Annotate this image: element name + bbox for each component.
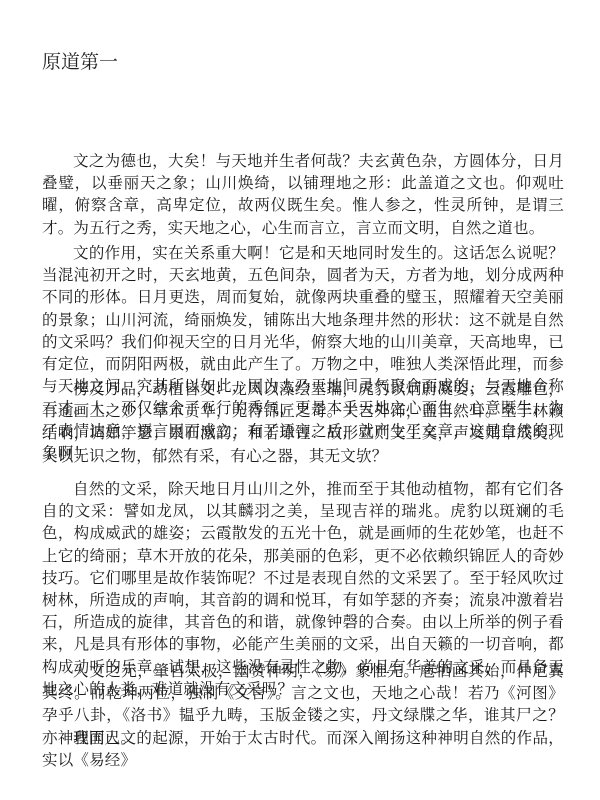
paragraph-original-2: 傍及万品，动植皆文：龙凤以藻绘呈瑞，虎豹以炳蔚凝姿；云霞雕色，有逾画工之妙；草木… xyxy=(42,378,564,467)
paragraph-translation-3: 我国人文的起源，开始于太古时代。而深入阐扬这种神明自然的作品，实以《易经》 xyxy=(42,727,564,771)
paragraph-original-1: 文之为德也，大矣！与天地并生者何哉？夫玄黄色杂，方圆体分，日月叠璧，以垂丽天之象… xyxy=(42,150,564,239)
chapter-title: 原道第一 xyxy=(42,47,118,74)
document-page: 原道第一 文之为德也，大矣！与天地并生者何哉？夫玄黄色杂，方圆体分，日月叠璧，以… xyxy=(0,0,600,800)
